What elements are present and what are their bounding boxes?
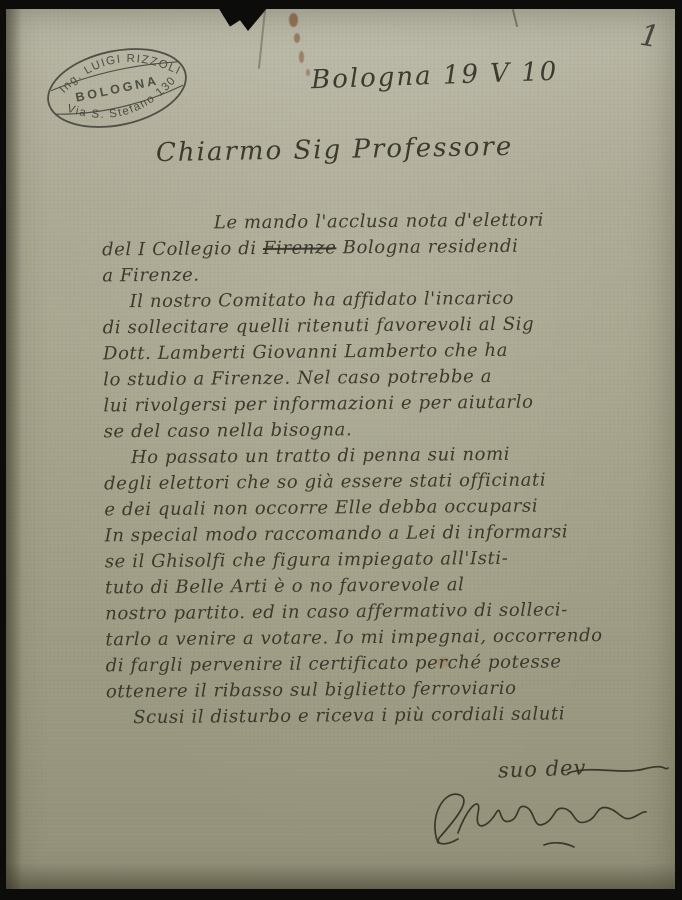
closing-flourish-stroke — [566, 761, 671, 781]
line-segment: tarlo a venire a votare. Io mi impegnai,… — [105, 625, 602, 650]
page-number: 1 — [637, 18, 661, 56]
line-segment: ottenere il ribasso sul biglietto ferrov… — [106, 678, 517, 703]
letter-line: In special modo raccomando a Lei di info… — [104, 519, 649, 550]
line-segment: lui rivolgersi per informazioni e per ai… — [103, 392, 533, 417]
line-segment: di fargli pervenire il certificato perch… — [106, 651, 562, 676]
letter-line: Scusi il disturbo e riceva i più cordial… — [106, 701, 651, 732]
paper-edge-shadow-left — [6, 9, 22, 889]
salutation: Chiarmo Sig Professore — [156, 132, 514, 168]
line-segment: di sollecitare quelli ritenuti favorevol… — [103, 314, 535, 339]
letter-line: tarlo a venire a votare. Io mi impegnai,… — [105, 623, 650, 654]
stamp: Ing. LUIGI RIZZOLI BOLOGNA Via S. Stefan… — [35, 30, 200, 145]
letter-paper: Ing. LUIGI RIZZOLI BOLOGNA Via S. Stefan… — [6, 9, 675, 889]
rust-stain — [294, 33, 300, 43]
line-segment: Dott. Lamberti Giovanni Lamberto che ha — [103, 340, 508, 365]
torn-edge-mark — [218, 7, 268, 31]
scan-background: Ing. LUIGI RIZZOLI BOLOGNA Via S. Stefan… — [0, 0, 682, 900]
line-segment: Scusi il disturbo e riceva i più cordial… — [133, 703, 565, 728]
signature: Ing. L. Rizzoli — [424, 781, 649, 853]
line-segment: se del caso nella bisogna. — [104, 419, 353, 442]
line-segment: In special modo raccomando a Lei di info… — [104, 521, 568, 546]
line-segment: Il nostro Comitato ha affidato l'incaric… — [129, 288, 514, 312]
line-segment: Bologna residendi — [336, 236, 518, 259]
line-segment: Le mando l'acclusa nota d'elettori — [214, 210, 544, 234]
line-segment: lo studio a Firenze. Nel caso potrebbe a — [103, 366, 492, 390]
line-segment: del I Collegio di — [102, 238, 263, 260]
struck-word: Firenze — [263, 237, 337, 259]
paper-edge-shadow-bottom — [6, 863, 675, 889]
line-segment: e dei quali non occorre Elle debba occup… — [104, 496, 538, 521]
date-line: Bologna 19 V 10 — [311, 57, 559, 96]
rust-stain — [306, 69, 310, 76]
crease-mark — [258, 9, 266, 69]
line-segment: a Firenze. — [102, 265, 200, 287]
line-segment: nostro partito. ed in caso affermativo d… — [105, 599, 568, 624]
line-segment: Ho passato un tratto di penna sui nomi — [131, 444, 510, 468]
line-segment: degli elettori che so già essere stati o… — [104, 470, 546, 495]
rust-stain — [299, 51, 304, 63]
letter-body: Le mando l'acclusa nota d'elettoridel I … — [102, 207, 652, 732]
rust-stain — [289, 13, 298, 27]
line-segment: se il Ghisolfi che figura impiegato all'… — [105, 548, 509, 573]
line-segment: tuto di Belle Arti è o no favorevole al — [105, 574, 465, 598]
crack-mark — [512, 9, 518, 27]
